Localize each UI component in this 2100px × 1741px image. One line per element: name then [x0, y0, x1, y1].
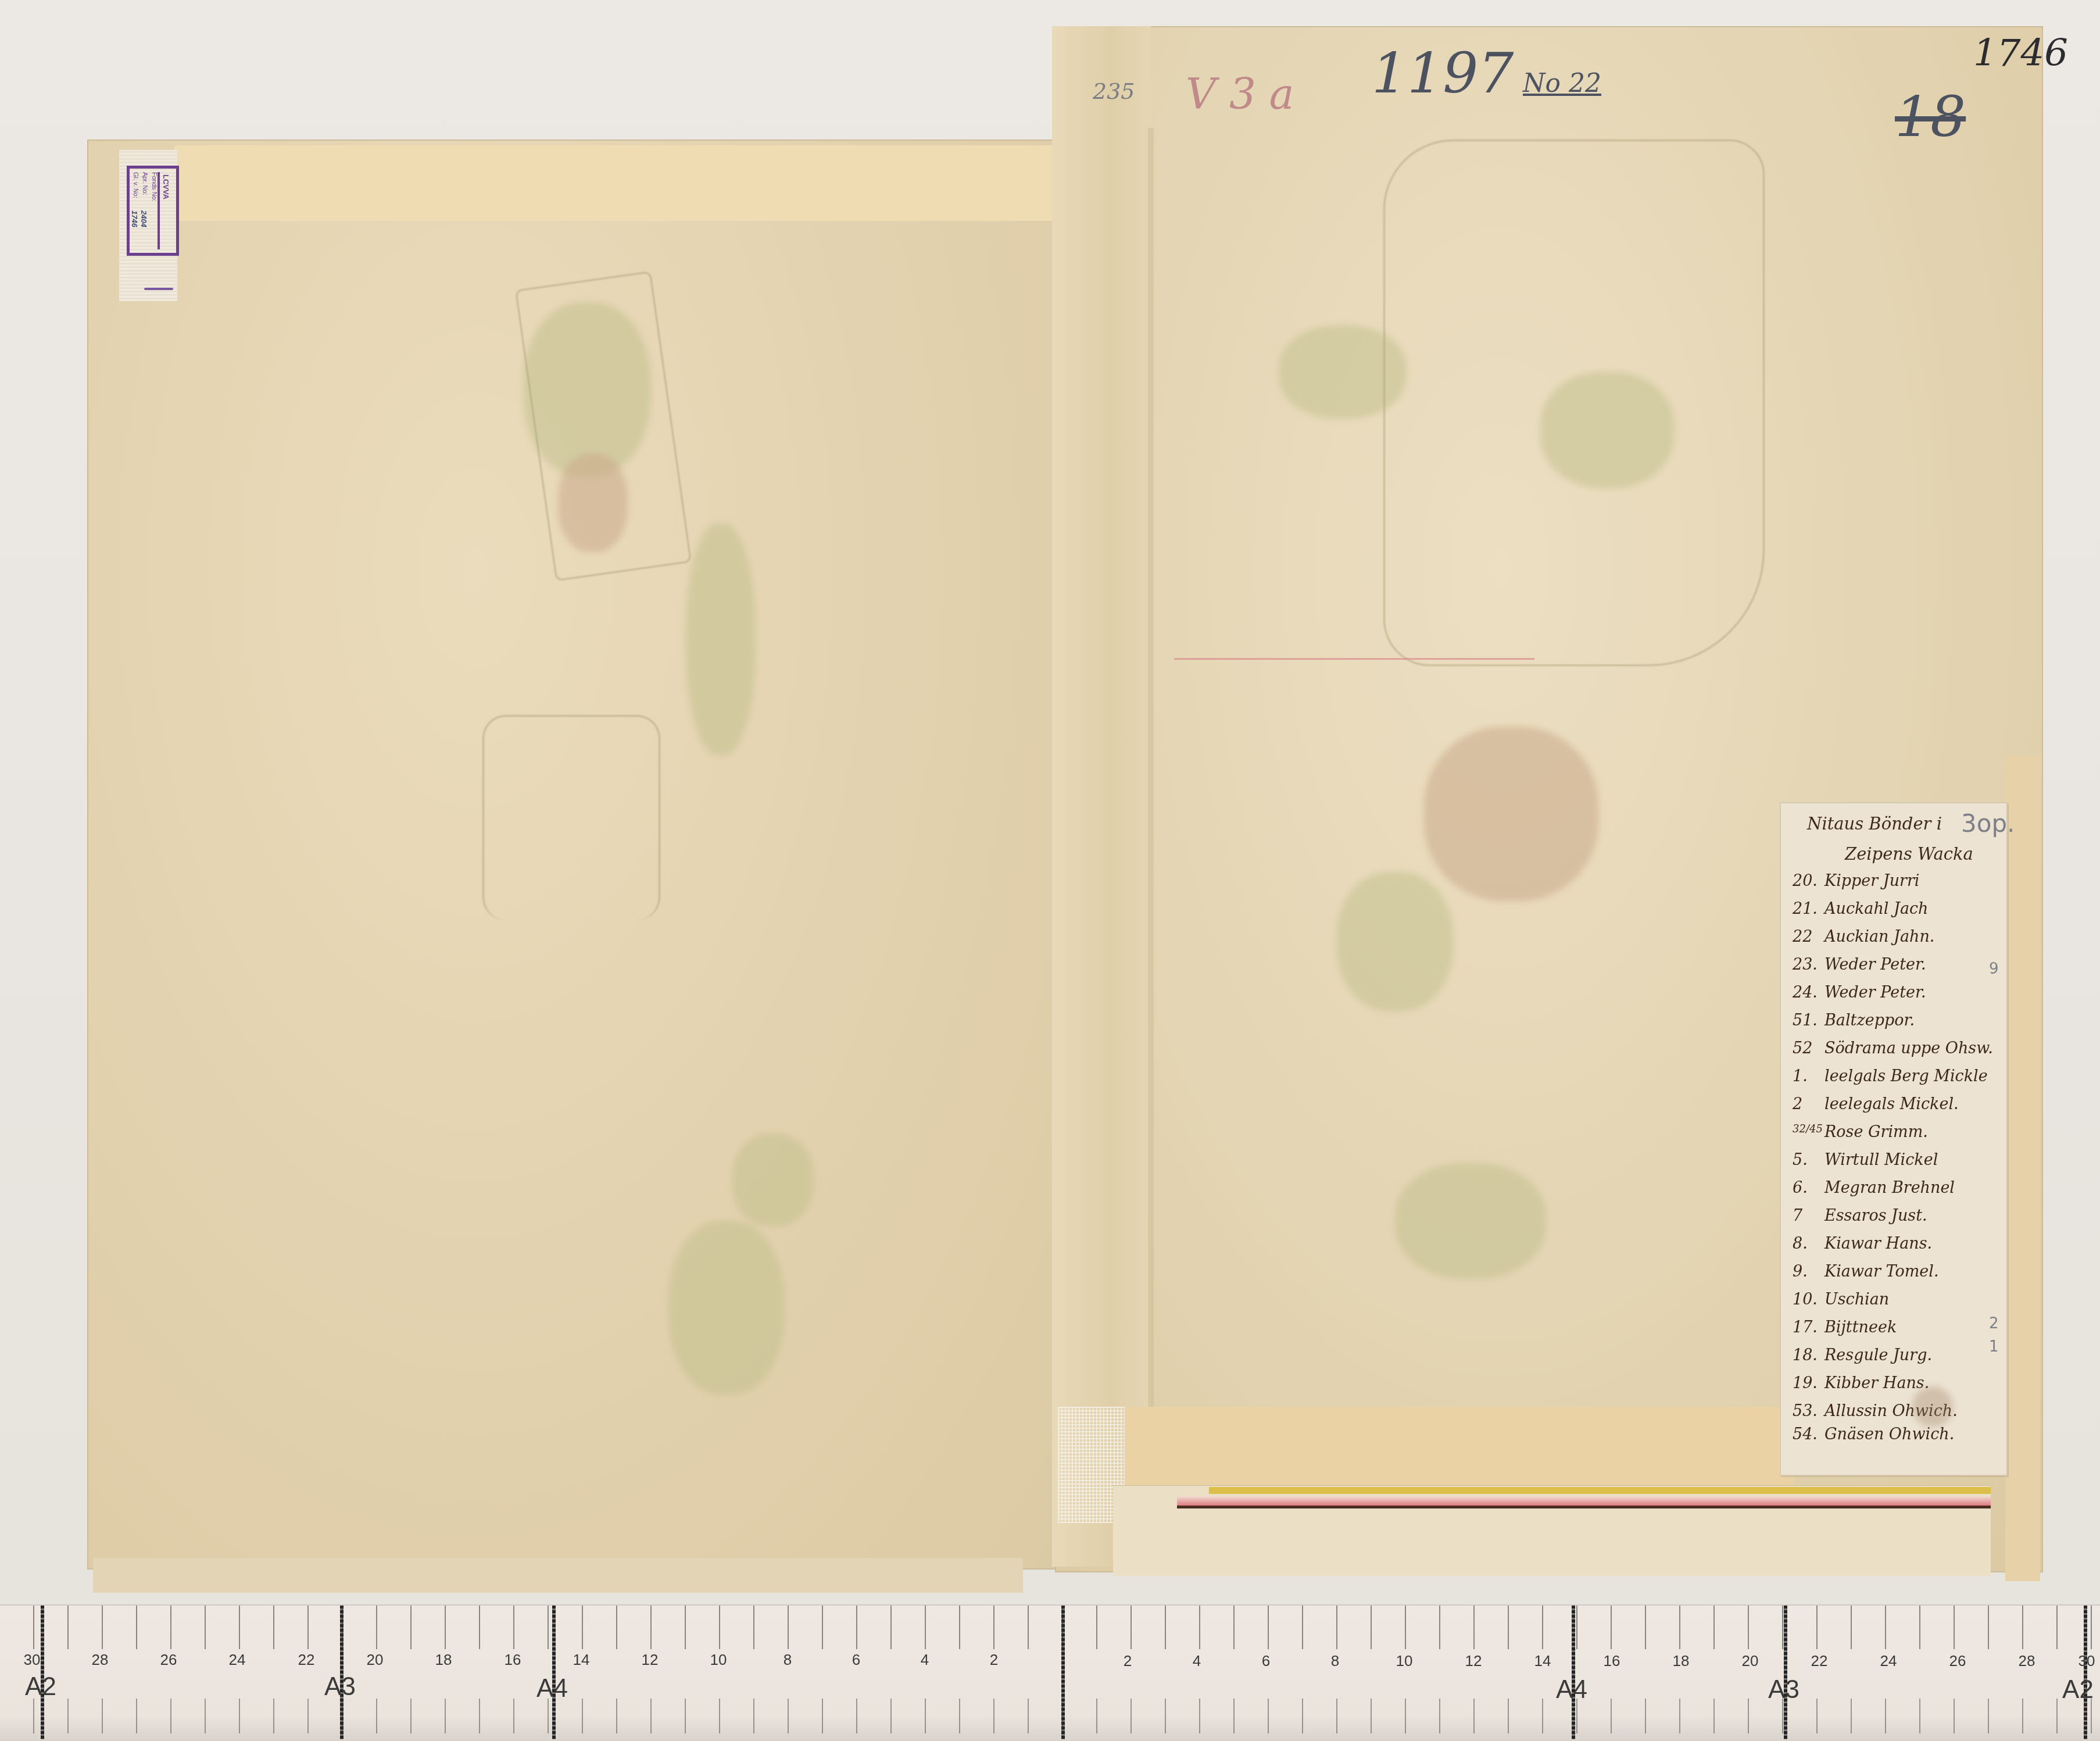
legend-title: Nitaus Bönder i — [1807, 814, 1942, 834]
legend-slip: Nitaus Bönder i 3op. Zeipens Wacka 20.Ki… — [1780, 802, 2008, 1476]
legend-entry: 7Essaros Just. — [1793, 1207, 1993, 1235]
ruler-tick-label: 16 — [505, 1651, 521, 1669]
margin-pencil-mark: 1 — [1989, 1338, 1999, 1356]
legend-entry: 32/45Rose Grimm. — [1793, 1123, 1993, 1151]
stamp-apr-label: Apr. No: — [141, 172, 148, 195]
main-catalog-number: 1197 — [1372, 41, 1514, 106]
ruler-tick-label: 10 — [710, 1651, 727, 1669]
ruler-tick-label: 4 — [1193, 1652, 1201, 1670]
red-ruled-line — [1174, 658, 1534, 660]
archive-stamp: LCVVA Fonds No: Apr. No: 2404 Gl. v. No:… — [127, 166, 179, 256]
measurement-ruler: 30 28 26 24 22 20 18 16 14 12 10 8 6 4 2… — [0, 1604, 2100, 1741]
map-wash-area — [1424, 727, 1598, 901]
ruler-tick-label: 14 — [573, 1651, 590, 1669]
yellow-border-band — [1209, 1487, 1991, 1494]
legend-entry: 17.Bijttneek — [1793, 1318, 1993, 1346]
legend-entry: 24.Weder Peter. — [1793, 984, 1993, 1011]
legend-entry: 21.Auckahl Jach — [1793, 900, 1993, 928]
ruler-tick-label: 18 — [435, 1651, 452, 1669]
ruler-tick-label: 14 — [1534, 1652, 1551, 1670]
map-wash-area — [1337, 872, 1453, 1011]
legend-entry: 19.Kibber Hans. — [1793, 1374, 1993, 1402]
left-panel-lower-flap — [93, 1558, 1023, 1593]
ruler-tick-label: 18 — [1673, 1652, 1690, 1670]
legend-entry: 8.Kiawar Hans. — [1793, 1235, 1993, 1263]
ruler-size-label: A3 — [324, 1672, 356, 1701]
map-wash-area — [686, 523, 756, 756]
item-number: No 22 — [1523, 69, 1601, 98]
ruler-tick-label: 20 — [1742, 1652, 1759, 1670]
legend-pencil-code: 3op. — [1961, 809, 2015, 838]
ruler-tick-label: 8 — [1331, 1652, 1339, 1670]
right-edge-paper-strip — [2005, 756, 2040, 1581]
ruler-tick-label: 12 — [1465, 1652, 1482, 1670]
map-boundary-line — [482, 715, 660, 920]
dark-border-line — [1177, 1506, 1991, 1508]
red-border-band — [1177, 1496, 1991, 1506]
map-boundary-line — [1383, 140, 1765, 666]
ruler-minor-ticks-bottom — [0, 1699, 2100, 1733]
legend-entry: 2leelegals Mickel. — [1793, 1095, 1993, 1123]
stamp-apr-value: 2404 — [139, 210, 148, 227]
ruler-tick-label: 28 — [2019, 1652, 2035, 1670]
legend-entry: 54.Gnäsen Ohwich. — [1793, 1425, 1993, 1453]
crossed-out-number: 18 — [1895, 84, 1966, 149]
ruler-tick-label: 22 — [298, 1651, 315, 1669]
legend-entry: 20.Kipper Jurri — [1793, 872, 1993, 900]
legend-entry: 51.Baltzeppor. — [1793, 1011, 1993, 1039]
paper-patch — [1125, 1407, 1793, 1497]
stamp-institution: LCVVA — [162, 174, 170, 199]
legend-entry: 53.Allussin Ohwich. — [1793, 1402, 1993, 1425]
ruler-size-label: A2 — [25, 1672, 56, 1701]
center-seam-repair — [1052, 26, 1151, 1567]
stamp-glv-label: Gl. v. No: — [132, 172, 139, 198]
ruler-tick-label: 2 — [1124, 1652, 1132, 1670]
ruler-tick-label: 26 — [1949, 1652, 1966, 1670]
ruler-tick-label: 22 — [1811, 1652, 1828, 1670]
ruler-minor-ticks — [0, 1606, 2100, 1649]
map-border-strip — [1148, 128, 1154, 1407]
legend-entry: 23.Weder Peter. — [1793, 956, 1993, 984]
legend-entry: 5.Wirtull Mickel — [1793, 1151, 1993, 1179]
ruler-tick-label: 24 — [1880, 1652, 1897, 1670]
legend-entry: 1.leelgals Berg Mickle — [1793, 1067, 1993, 1095]
ruler-tick-label: 20 — [367, 1651, 384, 1669]
ruler-tick-label: 8 — [784, 1651, 792, 1669]
ruler-tick-label: 30 — [24, 1651, 41, 1669]
stamp-fonds-label: Fonds No: — [151, 172, 158, 202]
ruler-tick-label: 6 — [852, 1651, 860, 1669]
map-wash-area — [732, 1134, 814, 1227]
legend-subtitle: Zeipens Wacka — [1845, 844, 1973, 864]
ruler-tick-label: 4 — [921, 1651, 929, 1669]
year-number: 1746 — [1973, 32, 2068, 75]
legend-entry: 10.Uschian — [1793, 1290, 1993, 1318]
purple-ink-mark — [144, 288, 173, 290]
ruler-tick-label: 26 — [160, 1651, 177, 1669]
pencil-number: 235 — [1093, 78, 1135, 104]
legend-entry: 9.Kiawar Tomel. — [1793, 1263, 1993, 1290]
legend-entry: 52Södrama uppe Ohsw. — [1793, 1039, 1993, 1067]
legend-entry: 22Auckian Jahn. — [1793, 928, 1993, 956]
ruler-tick-label: 2 — [990, 1651, 998, 1669]
red-pencil-note: V 3 a — [1186, 70, 1294, 119]
margin-pencil-mark: 9 — [1989, 960, 1999, 978]
ruler-tick-label: 12 — [642, 1651, 659, 1669]
map-wash-area — [668, 1221, 785, 1395]
map-wash-area — [1395, 1163, 1546, 1279]
left-panel-paper-strip — [174, 145, 1058, 221]
ruler-tick-label: 28 — [92, 1651, 109, 1669]
margin-pencil-mark: 2 — [1989, 1315, 1999, 1332]
ruler-tick-label: 10 — [1396, 1652, 1413, 1670]
legend-entry: 6.Megran Brehnel — [1793, 1179, 1993, 1207]
ruler-tick-label: 24 — [229, 1651, 246, 1669]
ruler-tick-label: 16 — [1604, 1652, 1620, 1670]
ruler-tick-label: 6 — [1262, 1652, 1270, 1670]
legend-entries: 20.Kipper Jurri 21.Auckahl Jach 22Auckia… — [1793, 872, 1993, 1453]
ruler-tick-label: 30 — [2078, 1652, 2095, 1670]
legend-entry: 18.Resgule Jurg. — [1793, 1346, 1993, 1374]
water-stain — [1912, 1386, 1953, 1427]
stamp-glv-value: 1746 — [130, 210, 139, 227]
